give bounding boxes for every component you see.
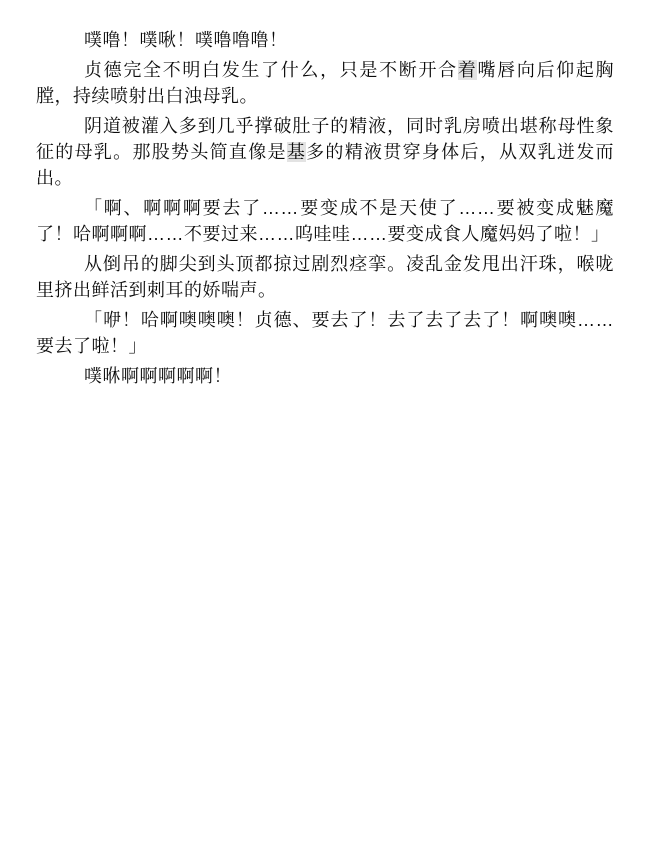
text-segment: 噗咻啊啊啊啊啊！ <box>84 366 232 386</box>
text-segment: 「咿！哈啊噢噢噢！贞德、要去了！去了去了去了！啊噢噢……要去了啦！」 <box>36 310 614 356</box>
highlighted-char: 着 <box>458 60 478 80</box>
reader-page: 噗噜！噗啾！噗噜噜噜！贞德完全不明白发生了什么，只是不断开合着嘴唇向后仰起胸膛，… <box>0 0 650 850</box>
paragraph-2: 贞德完全不明白发生了什么，只是不断开合着嘴唇向后仰起胸膛，持续喷射出白浊母乳。 <box>36 57 614 109</box>
paragraph-7: 噗咻啊啊啊啊啊！ <box>36 363 614 389</box>
paragraph-3: 阴道被灌入多到几乎撑破肚子的精液，同时乳房喷出堪称母性象征的母乳。那股势头简直像… <box>36 113 614 191</box>
paragraph-4: 「啊、啊啊啊要去了……要变成不是天使了……要被变成魅魔了！哈啊啊啊……不要过来…… <box>36 195 614 247</box>
text-segment: 噗噜！噗啾！噗噜噜噜！ <box>84 30 288 50</box>
text-segment: 贞德完全不明白发生了什么，只是不断开合 <box>84 60 458 80</box>
paragraph-1: 噗噜！噗啾！噗噜噜噜！ <box>36 27 614 53</box>
highlighted-char: 基 <box>287 142 306 162</box>
text-segment: 「啊、啊啊啊要去了……要变成不是天使了……要被变成魅魔了！哈啊啊啊……不要过来…… <box>36 198 614 244</box>
paragraph-6: 「咿！哈啊噢噢噢！贞德、要去了！去了去了去了！啊噢噢……要去了啦！」 <box>36 307 614 359</box>
text-content: 噗噜！噗啾！噗噜噜噜！贞德完全不明白发生了什么，只是不断开合着嘴唇向后仰起胸膛，… <box>36 27 614 389</box>
paragraph-5: 从倒吊的脚尖到头顶都掠过剧烈痉挛。凌乱金发甩出汗珠，喉咙里挤出鲜活到刺耳的娇喘声… <box>36 251 614 303</box>
text-segment: 从倒吊的脚尖到头顶都掠过剧烈痉挛。凌乱金发甩出汗珠，喉咙里挤出鲜活到刺耳的娇喘声… <box>36 254 614 300</box>
